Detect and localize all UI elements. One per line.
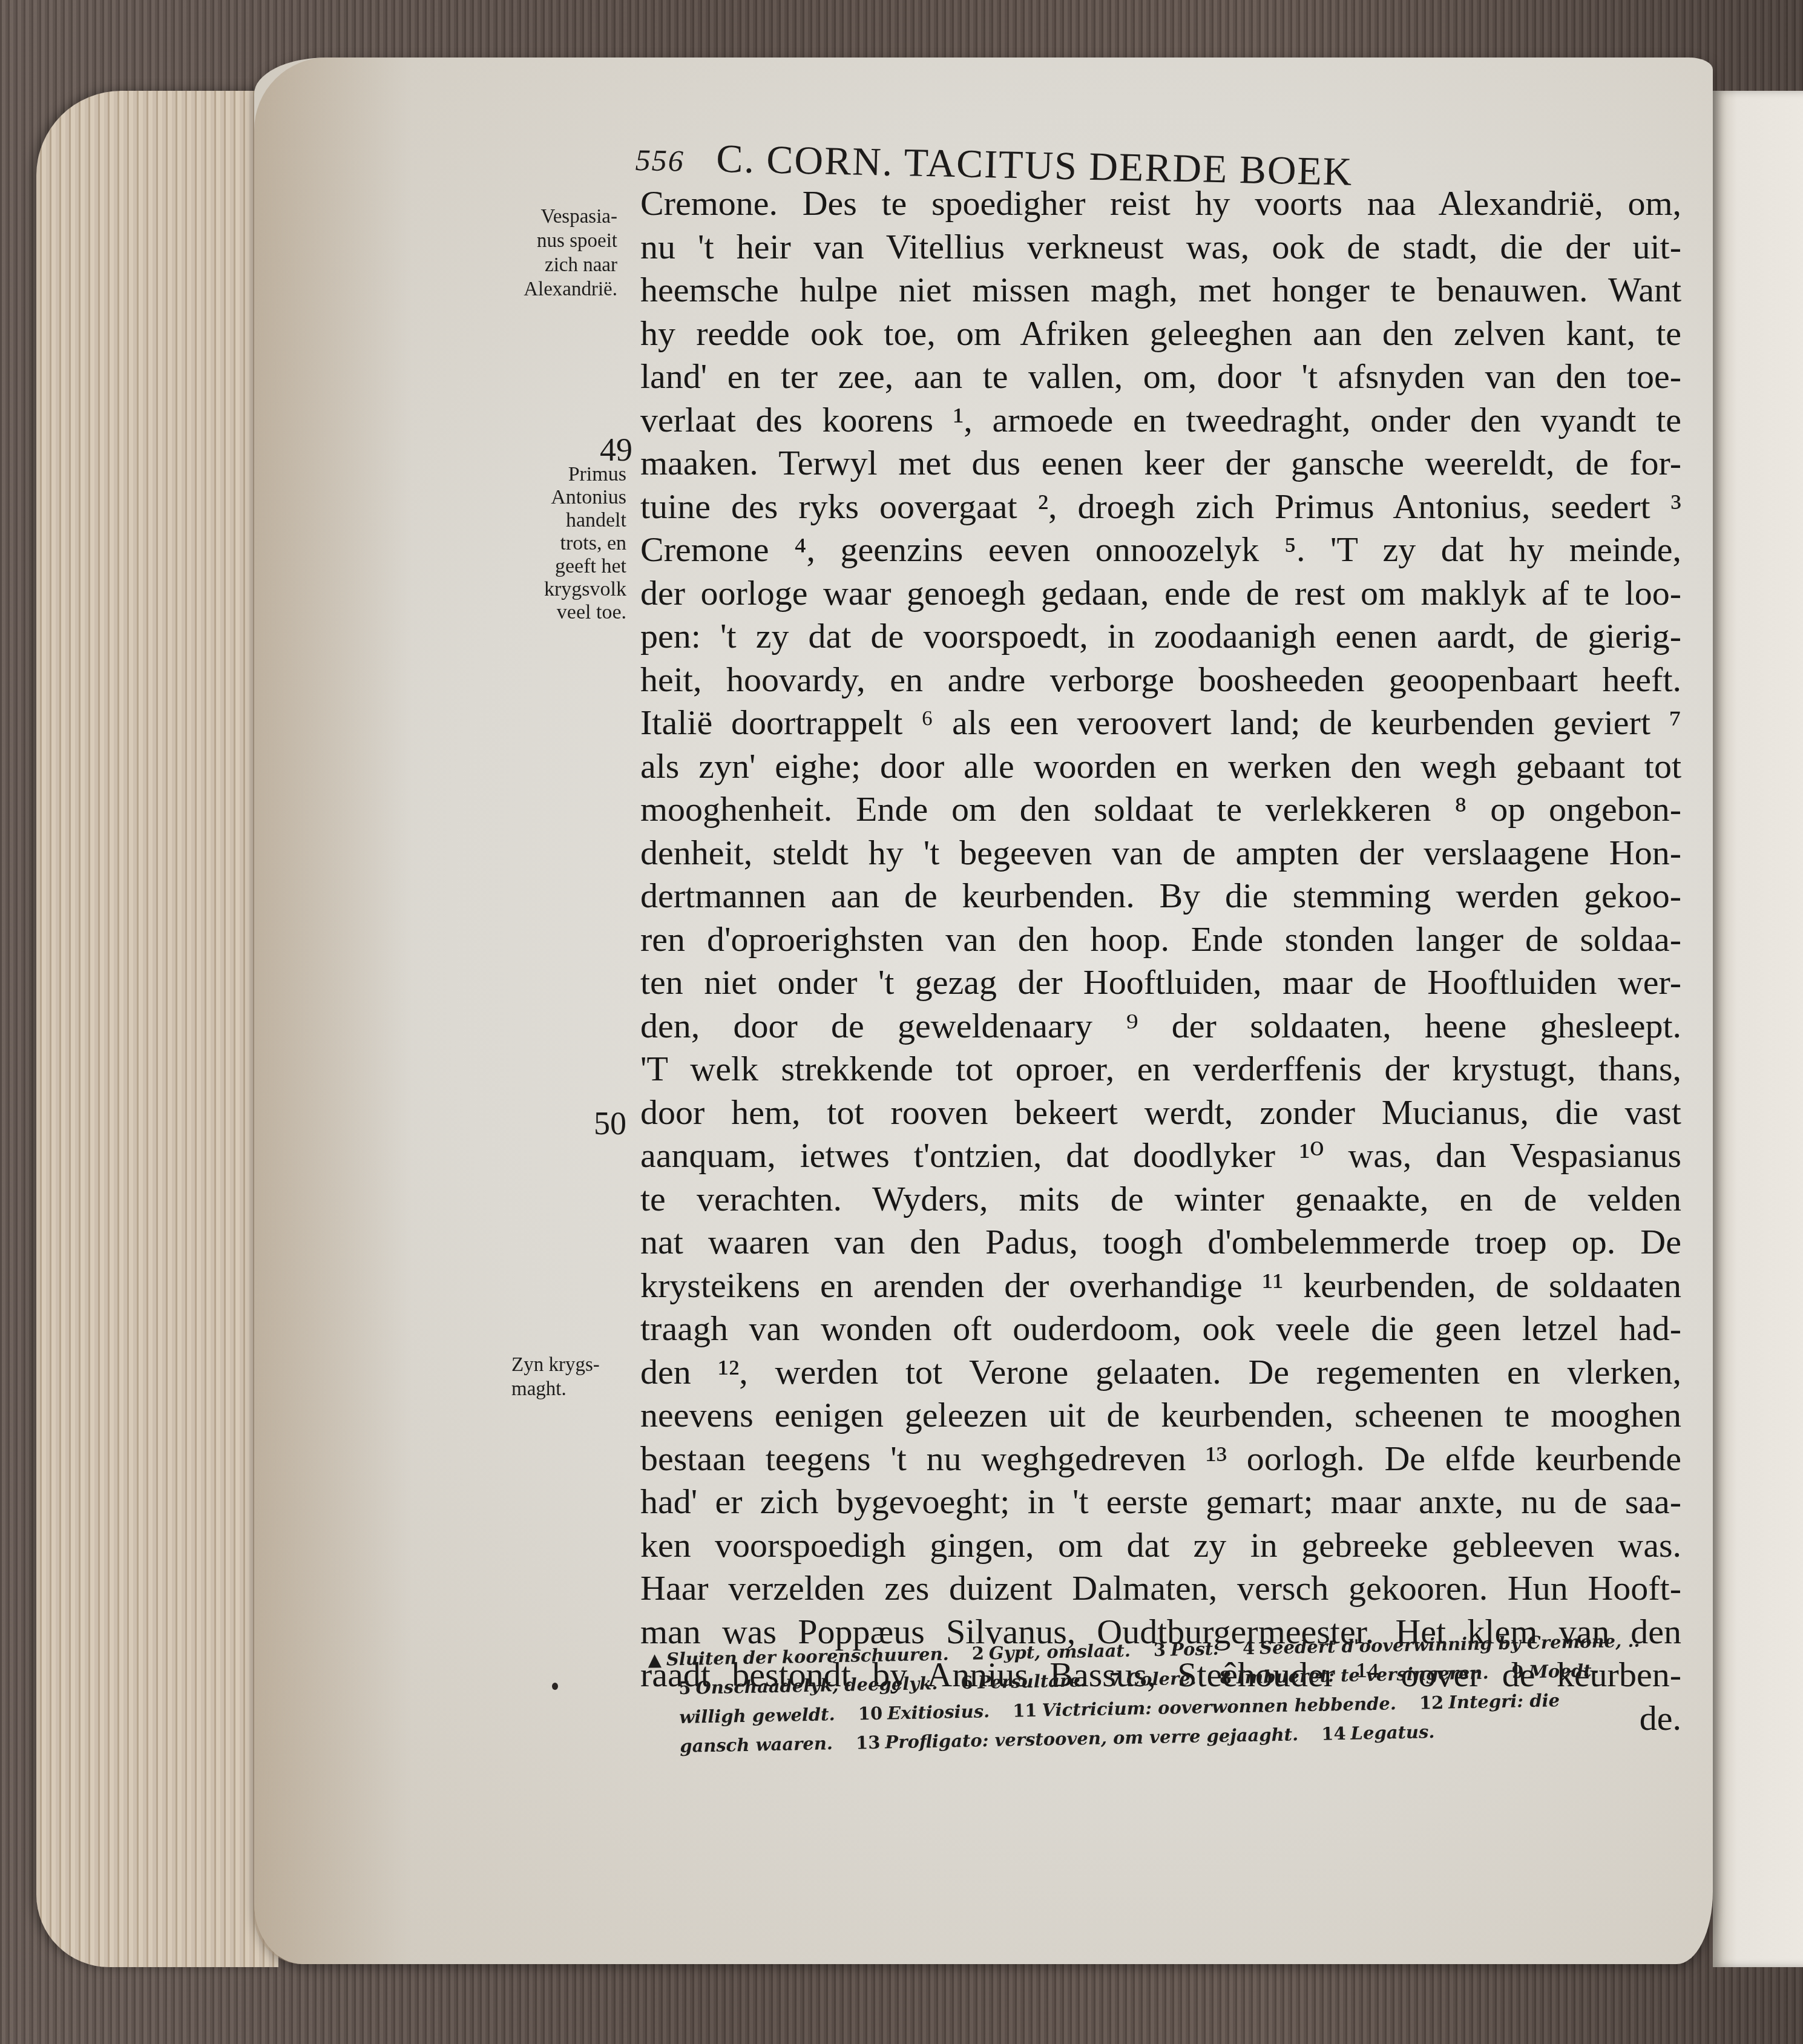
margin-note-line: nus spoeit [502, 229, 617, 253]
ink-speck [552, 1683, 558, 1690]
footnote-number: 12 [1419, 1692, 1444, 1714]
footnote-marker: ▲ [648, 1649, 662, 1670]
margin-note-line: Vespasia- [502, 205, 617, 229]
body-line: denheit, steldt hy 't begeeven van de am… [640, 831, 1681, 875]
body-line: heemsche hulpe niet missen magh, met hon… [640, 268, 1681, 312]
body-line: heit, hoovardy, en andre verborge booshe… [640, 658, 1681, 702]
footnote-number: 9 [1511, 1661, 1524, 1682]
body-line: der oorloge waar genoegh gedaan, ende de… [640, 571, 1681, 615]
margin-note-line: handelt [511, 509, 626, 532]
body-line: nu 't heir van Vitellius verkneust was, … [640, 225, 1681, 269]
body-line: hy reedde ook toe, om Afriken geleeghen … [640, 312, 1681, 355]
body-line: nat waaren van den Padus, toogh d'ombele… [640, 1220, 1681, 1264]
page-number: 556 [635, 143, 685, 178]
footnotes: ▲Sluiten der koorenschuuren. 2Gypt, omsl… [648, 1625, 1684, 1761]
footnote-text: Persultare. [977, 1670, 1086, 1692]
footnote-number: 11 [1013, 1700, 1037, 1721]
footnote-number: 6 [961, 1672, 973, 1693]
footnote-text: gansch waaren. [680, 1733, 833, 1756]
footnote-number: 13 [856, 1732, 881, 1753]
body-line: Cremone. Des te spoedigher reist hy voor… [640, 182, 1681, 225]
body-line: Cremone ⁴, geenzins eeven onnoozelyk ⁵. … [640, 528, 1681, 571]
margin-note-krygsmaght: Zyn krygs- maght. [511, 1353, 632, 1401]
body-line: maaken. Terwyl met dus eenen keer der ga… [640, 441, 1681, 485]
margin-note-line: zich naar [502, 253, 617, 277]
footnote-text: Gypt, omslaat. [989, 1640, 1131, 1663]
book-page-edges [36, 91, 278, 1967]
body-line: land' en ter zee, aan te vallen, om, doo… [640, 355, 1681, 398]
body-line: traagh van wonden oft ouderdoom, ook vee… [640, 1307, 1681, 1350]
footnote-text: Onschaadelyk, deegelyk. [695, 1673, 938, 1698]
body-line: bestaan teegens 't nu weghgedreven ¹³ oo… [640, 1437, 1681, 1480]
facing-page [1713, 91, 1803, 1967]
footnote-number: 14 [1321, 1723, 1346, 1744]
footnote-number: 8 [1220, 1667, 1232, 1687]
body-line: aanquam, ietwes t'ontzien, dat doodlyker… [640, 1134, 1681, 1177]
footnote-text: Legatus. [1350, 1721, 1434, 1744]
body-line: neevens eenigen geleezen uit de keurbend… [640, 1393, 1681, 1437]
body-line: ten niet onder 't gezag der Hooftluiden,… [640, 961, 1681, 1004]
body-line: ken voorspoedigh gingen, om dat zy in ge… [640, 1523, 1681, 1567]
footnote-text: Post: [1171, 1638, 1220, 1660]
body-line: als zyn' eighe; door alle woorden en wer… [640, 744, 1681, 788]
body-line: had' er zich bygevoeght; in 't eerste ge… [640, 1480, 1681, 1523]
footnote-number: 5 [678, 1678, 691, 1698]
body-line: door hem, tot rooven bekeert werdt, zond… [640, 1091, 1681, 1134]
body-line: ren d'oproerighsten van den hoop. Ende s… [640, 918, 1681, 961]
footnote-text: Sluiten der koorenschuuren. [666, 1643, 949, 1669]
margin-note-line: maght. [511, 1377, 632, 1401]
body-line: Haar verzelden zes duizent Dalmaten, ver… [640, 1566, 1681, 1610]
body-text: Cremone. Des te spoedigher reist hy voor… [640, 182, 1681, 1740]
body-line: dertmannen aan de keurbenden. By die ste… [640, 874, 1681, 918]
footnote-number: 10 [858, 1703, 882, 1724]
body-line: pen: 't zy dat de voorspoedt, in zoodaan… [640, 614, 1681, 658]
body-line: verlaat des koorens ¹, armoede en tweedr… [640, 398, 1681, 442]
body-line: mooghenheit. Ende om den soldaat te verl… [640, 787, 1681, 831]
body-line: Italië doortrappelt ⁶ als een veroovert … [640, 701, 1681, 744]
body-line: krysteikens en arenden der overhandige ¹… [640, 1264, 1681, 1307]
margin-note-line: Antonius [511, 486, 626, 509]
footnote-text: Integri: die [1448, 1690, 1560, 1713]
body-line: tuine des ryks oovergaat ², droegh zich … [640, 485, 1681, 528]
margin-note-line: geeft het [511, 555, 626, 578]
body-line: den, door de geweldenaary ⁹ der soldaate… [640, 1004, 1681, 1048]
footnote-text: Colere. [1126, 1668, 1197, 1690]
margin-note-line: Zyn krygs- [511, 1353, 632, 1377]
margin-note-line: krygsvolk [511, 578, 626, 601]
margin-note-line: Primus [511, 463, 626, 486]
body-line: 'T welk strekkende tot oproer, en verder… [640, 1047, 1681, 1091]
footnote-text: Imbueret: te versingeren. [1236, 1662, 1489, 1687]
footnote-text: Moedt- [1529, 1660, 1599, 1682]
footnote-number: 3 [1154, 1640, 1166, 1660]
footnote-number: 4 [1243, 1638, 1255, 1658]
footnote-text: Victricium: ooverwonnen hebbende. [1042, 1693, 1396, 1720]
margin-note-line: trots, en [511, 532, 626, 555]
margin-note-line: Alexandrië. [502, 277, 617, 301]
margin-note-primus: Primus Antonius handelt trots, en geeft … [511, 463, 626, 624]
footnote-text: Exitiosius. [887, 1701, 990, 1723]
body-line: den ¹², werden tot Verone gelaaten. De r… [640, 1350, 1681, 1394]
margin-note-line: veel toe. [511, 601, 626, 624]
section-number-50: 50 [572, 1105, 626, 1142]
footnote-number: 2 [971, 1643, 984, 1663]
footnote-text: Profligato: verstooven, om verre gejaagh… [885, 1724, 1298, 1752]
footnote-number: 7 [1109, 1669, 1122, 1690]
footnote-text: Seedert d'ooverwinning by Cremone, .. [1259, 1631, 1640, 1658]
margin-note-vespasianus: Vespasia- nus spoeit zich naar Alexandri… [502, 205, 617, 301]
body-line: te verachten. Wyders, mits de winter gen… [640, 1177, 1681, 1221]
footnote-text: willigh geweldt. [679, 1704, 835, 1727]
